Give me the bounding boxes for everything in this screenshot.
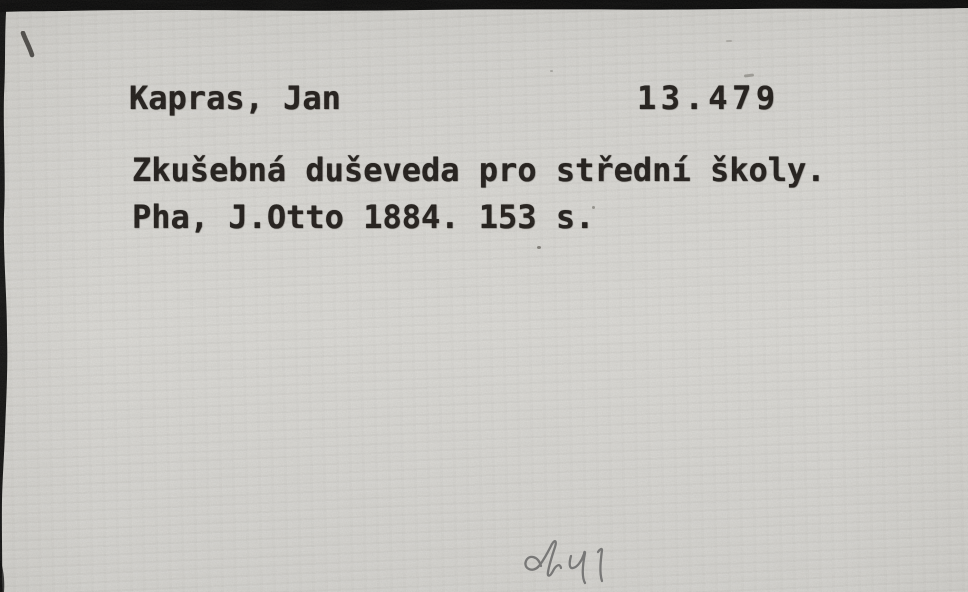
- speck: [726, 40, 732, 42]
- author-heading: Kapras, Jan: [129, 82, 341, 114]
- catalog-number: 13.479: [637, 82, 780, 114]
- speck: [550, 70, 553, 72]
- pen-mark: [19, 31, 37, 59]
- speck: [537, 246, 541, 249]
- handwritten-mark: [505, 536, 635, 592]
- speck: [744, 73, 754, 77]
- scan-edge-top: [0, 0, 968, 14]
- imprint-line: Pha, J.Otto 1884. 153 s.: [132, 201, 594, 233]
- speck: [592, 206, 595, 209]
- scan-edge-left: [0, 0, 12, 592]
- title-line: Zkušebná duševeda pro střední školy.: [132, 154, 826, 186]
- catalog-card-scan: Kapras, Jan 13.479 Zkušebná duševeda pro…: [0, 0, 968, 592]
